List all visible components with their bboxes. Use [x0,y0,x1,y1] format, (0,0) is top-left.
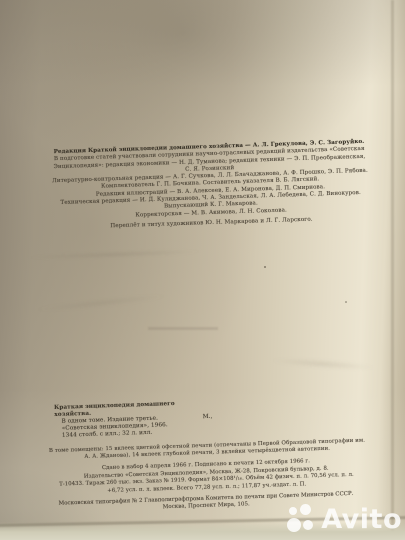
ink-showthrough [148,327,218,330]
paper-speck [345,301,347,303]
avito-logo-icon [287,504,317,535]
paper-speck [264,266,266,268]
avito-brand-text: Avito [321,504,402,535]
editorial-colophon-block: Редакция Краткой энциклопедии домашнего … [28,138,393,234]
book-page-photo: Редакция Краткой энциклопедии домашнего … [0,0,405,540]
bibliographic-entry-block: Краткая энциклопедия домашнего хозяйства… [54,400,213,441]
avito-watermark: Avito [287,504,402,535]
publication-city: М., [203,414,213,421]
